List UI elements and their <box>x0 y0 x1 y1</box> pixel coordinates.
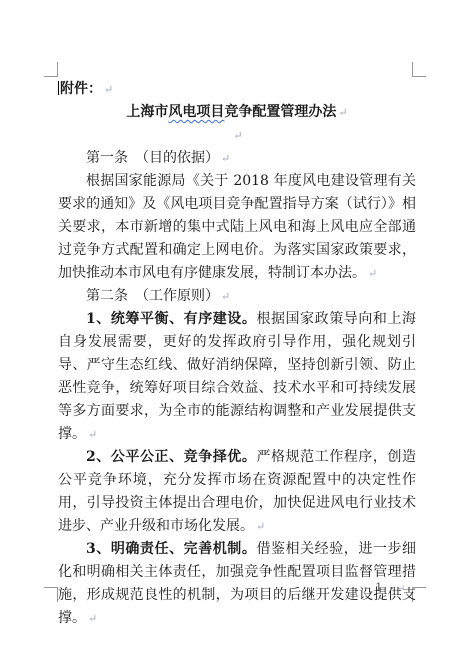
document-title: 上海市风电项目竞争配置管理办法↵ <box>58 101 416 124</box>
title-text-suffix: 竞争配置管理办法 <box>224 104 336 120</box>
paragraph-lead-bold: 2、公平公正、竞争择优。 <box>86 449 256 465</box>
document-page: 附件：↵ 上海市风电项目竞争配置管理办法↵ ↵ 第一条 （目的依据）↵ 根据国家… <box>0 0 469 656</box>
empty-paragraph: ↵ <box>58 124 416 147</box>
paragraph-mark-icon: ↵ <box>397 584 405 594</box>
article-heading-2: 第二条 （工作原则）↵ <box>58 285 416 308</box>
body-paragraph: 2、公平公正、竞争择优。严格规范工作程序，创造公平竞争环境，充分发挥市场在资源配… <box>58 446 416 538</box>
text-boundary-mark-top-right-icon <box>412 62 426 77</box>
body-paragraph: 1、统筹平衡、有序建设。根据国家政策导向和上海自身发展需要，更好的发挥政府引导作… <box>58 308 416 446</box>
article-heading-1: 第一条 （目的依据）↵ <box>58 147 416 170</box>
paragraph-mark-icon: ↵ <box>233 129 242 142</box>
page-number-text: - 1 - <box>364 581 395 594</box>
attachment-line: 附件：↵ <box>58 78 416 101</box>
paragraph-mark-icon: ↵ <box>368 267 377 280</box>
article-heading-text: 第一条 （目的依据） <box>86 150 219 166</box>
article-heading-text: 第二条 （工作原则） <box>86 288 219 304</box>
body-paragraph: 3、明确责任、完善机制。借鉴相关经验，进一步细化和明确相关主体责任，加强竞争性配… <box>58 538 416 630</box>
paragraph-mark-icon: ↵ <box>88 612 97 625</box>
text-cursor <box>58 81 59 95</box>
title-spellcheck-squiggle: 风电项目 <box>168 104 224 120</box>
paragraph-mark-icon: ↵ <box>88 428 97 441</box>
title-text-prefix: 上海市 <box>126 104 168 120</box>
body-paragraph: 根据国家能源局《关于 2018 年度风电建设管理有关要求的通知》及《风电项目竞争… <box>58 170 416 285</box>
paragraph-lead-bold: 3、明确责任、完善机制。 <box>86 541 256 557</box>
text-boundary-mark-bottom-left-icon <box>44 587 58 602</box>
document-content[interactable]: 附件：↵ 上海市风电项目竞争配置管理办法↵ ↵ 第一条 （目的依据）↵ 根据国家… <box>58 78 416 630</box>
paragraph-mark-icon: ↵ <box>104 83 113 96</box>
paragraph-mark-icon: ↵ <box>221 152 230 165</box>
paragraph-mark-icon: ↵ <box>338 106 347 119</box>
paragraph-mark-icon: ↵ <box>221 290 230 303</box>
text-boundary-mark-top-left-icon <box>44 62 58 77</box>
paragraph-text: 根据国家能源局《关于 2018 年度风电建设管理有关要求的通知》及《风电项目竞争… <box>58 173 416 281</box>
paragraph-text: 根据国家政策导向和上海自身发展需要，更好的发挥政府引导作用，强化规划引导、严守生… <box>58 311 416 442</box>
page-number: - 1 -↵ <box>364 581 405 594</box>
paragraph-lead-bold: 1、统筹平衡、有序建设。 <box>86 311 256 327</box>
attachment-label: 附件： <box>60 81 102 97</box>
paragraph-mark-icon: ↵ <box>256 520 265 533</box>
